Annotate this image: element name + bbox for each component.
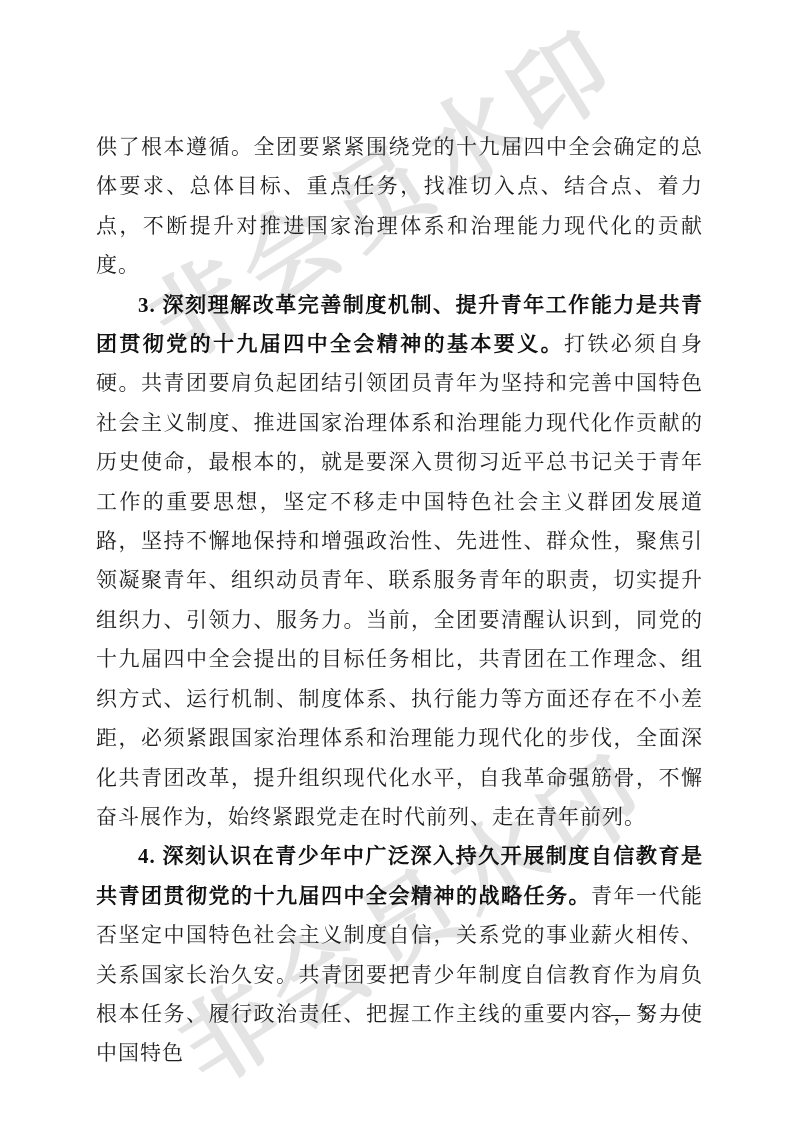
paragraph-text: 打铁必须自身硬。共青团要肩负起团结引领团员青年为坚持和完善中国特色社会主义制度、… [96, 332, 703, 829]
paragraph-point-4: 4. 深刻认识在青少年中广泛深入持久开展制度自信教育是共青团贯彻党的十九届四中全… [96, 837, 703, 1073]
paragraph-text: 青年一代能否坚定中国特色社会主义制度自信，关系党的事业薪火相传、关系国家长治久安… [96, 884, 703, 1066]
document-page: 非会员水印 非会员水印 供了根本遵循。全团要紧紧围绕党的十九届四中全会确定的总体… [0, 0, 793, 1122]
paragraph-continuation: 供了根本遵循。全团要紧紧围绕党的十九届四中全会确定的总体要求、总体目标、重点任务… [96, 128, 703, 286]
page-number: — 5 — [611, 1004, 683, 1026]
paragraph-text: 供了根本遵循。全团要紧紧围绕党的十九届四中全会确定的总体要求、总体目标、重点任务… [96, 135, 703, 277]
document-body: 供了根本遵循。全团要紧紧围绕党的十九届四中全会确定的总体要求、总体目标、重点任务… [96, 128, 703, 1074]
paragraph-point-3: 3. 深刻理解改革完善制度机制、提升青年工作能力是共青团贯彻党的十九届四中全会精… [96, 286, 703, 838]
